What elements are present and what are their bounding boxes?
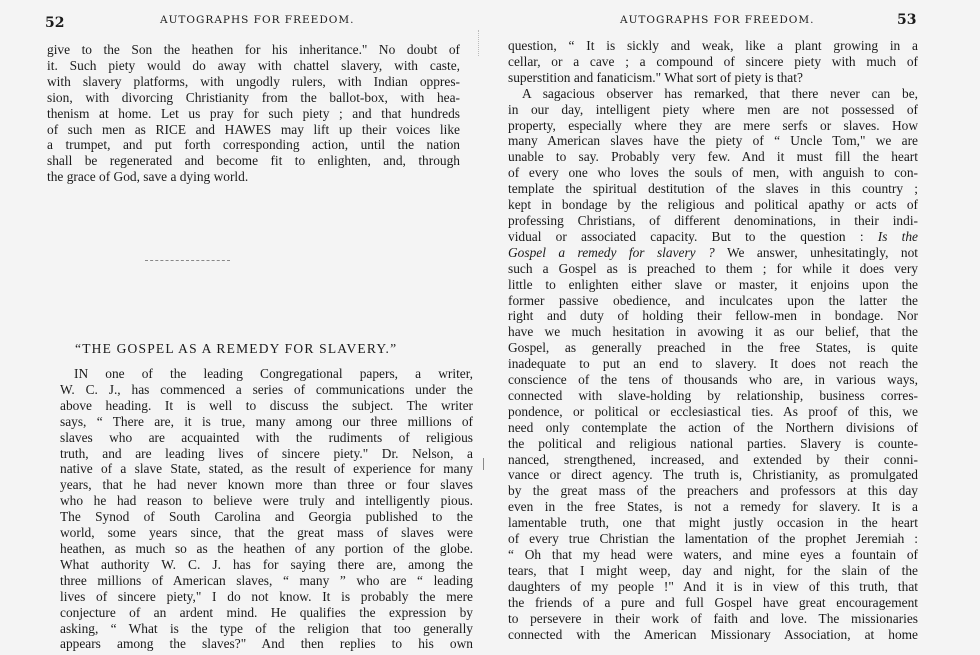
italic-question: Gospel a remedy for slavery ? bbox=[508, 245, 715, 260]
question-line: vidual or associated capacity. But to th… bbox=[508, 229, 918, 245]
page-number: 53 bbox=[897, 12, 916, 28]
page-number: 52 bbox=[45, 15, 64, 31]
article-title: “THE GOSPEL AS A REMEDY FOR SLAVERY.” bbox=[75, 341, 397, 357]
section-divider bbox=[145, 260, 230, 261]
running-header: AUTOGRAPHS FOR FREEDOM. bbox=[160, 14, 354, 26]
right-page-body: question, “ It is sickly and weak, like … bbox=[508, 38, 918, 642]
gutter-mark bbox=[483, 458, 484, 470]
gutter-mark bbox=[478, 30, 479, 56]
right-page: AUTOGRAPHS FOR FREEDOM. 53 question, “ I… bbox=[490, 0, 980, 655]
running-header: AUTOGRAPHS FOR FREEDOM. bbox=[620, 14, 814, 26]
continuation-paragraph: give to the Son the heathen for his inhe… bbox=[47, 42, 460, 185]
answer-line: Gospel a remedy for slavery ? We answer,… bbox=[508, 245, 918, 261]
article-body: IN one of the leading Congregational pap… bbox=[60, 366, 473, 652]
left-page: 52 AUTOGRAPHS FOR FREEDOM. give to the S… bbox=[0, 0, 490, 655]
italic-question: Is the bbox=[878, 229, 918, 244]
